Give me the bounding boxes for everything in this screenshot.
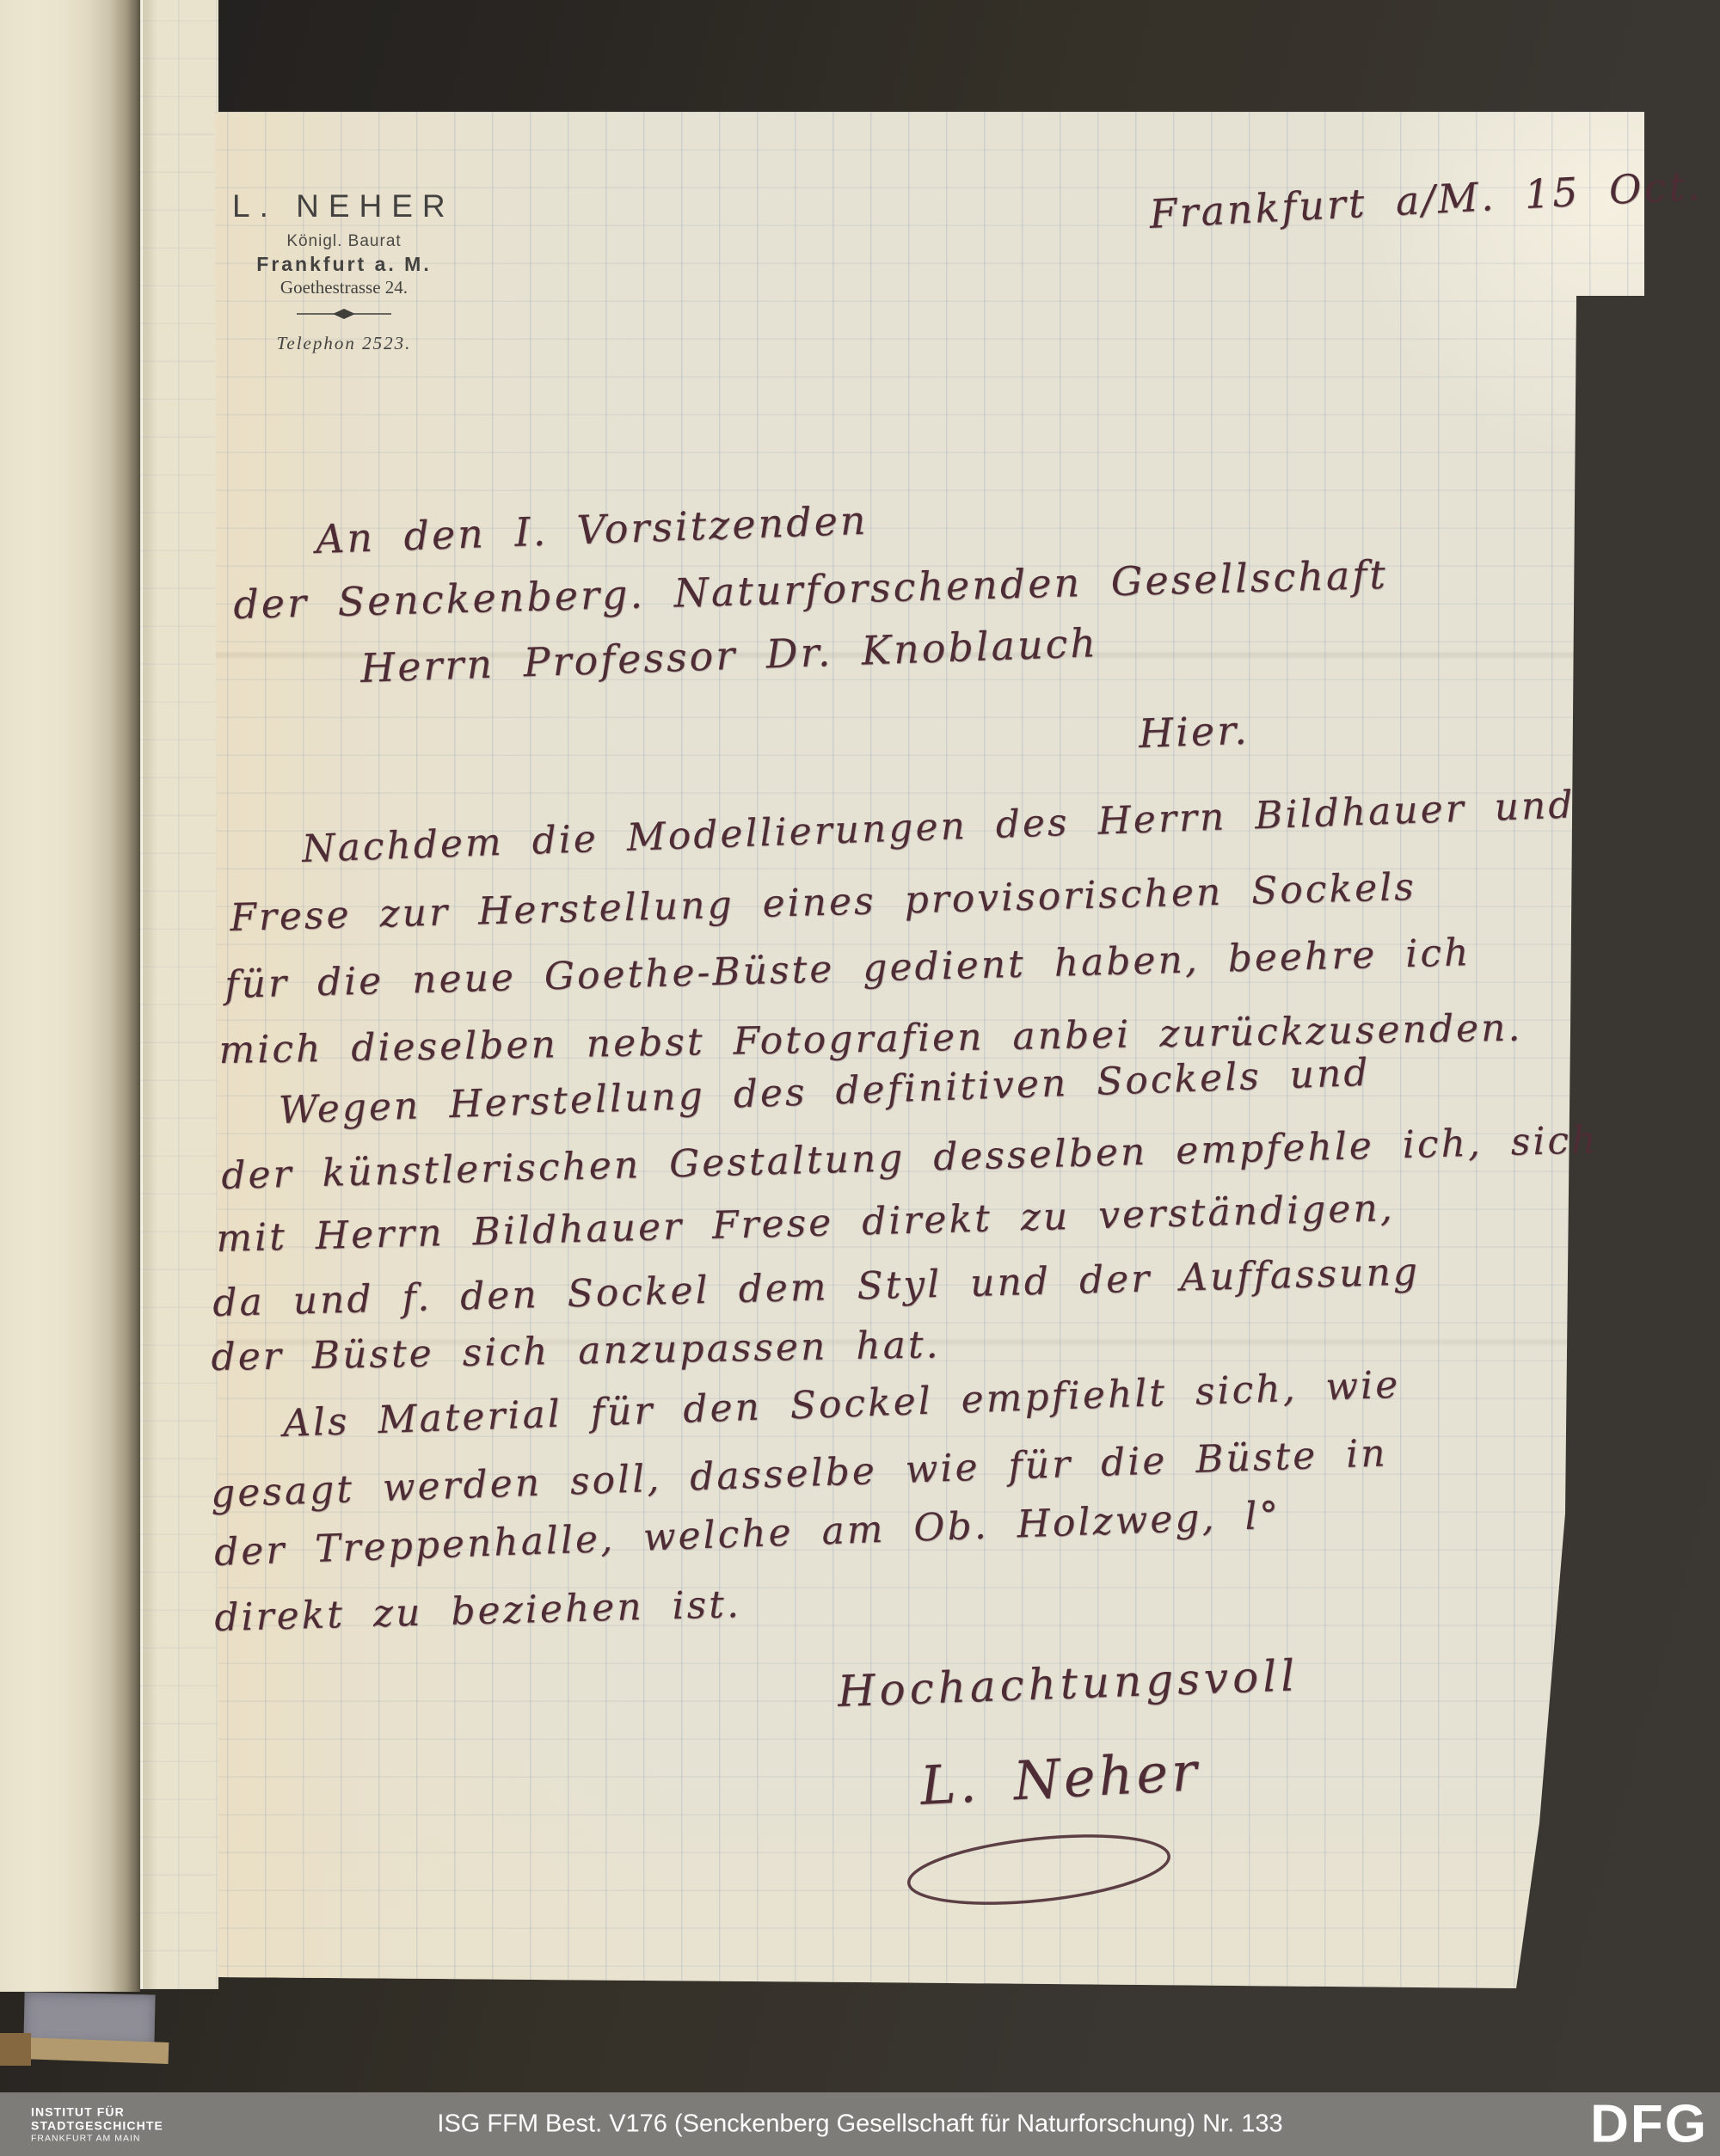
archive-reference: ISG FFM Best. V176 (Senckenberg Gesellsc… <box>437 2110 1282 2139</box>
institute-line: FRANKFURT AM MAIN <box>31 2134 163 2144</box>
institute-line: STADTGESCHICHTE <box>31 2118 163 2132</box>
archive-info-bar: INSTITUT FÜR STADTGESCHICHTE FRANKFURT A… <box>0 2092 1720 2156</box>
letterhead-name: L. NEHER <box>232 189 444 224</box>
book-binding-strip <box>21 2037 169 2064</box>
institute-line: INSTITUT FÜR <box>31 2104 163 2118</box>
diamond-rule-icon <box>244 308 444 318</box>
book-binding-corner <box>0 2033 31 2066</box>
letterhead-city: Frankfurt a. M. <box>244 253 444 275</box>
second-letter-leaf <box>140 0 218 1989</box>
letterhead-street: Goethestrasse 24. <box>244 277 444 298</box>
dfg-logo: DFG <box>1590 2094 1708 2155</box>
letterhead-title: Königl. Baurat <box>244 232 444 251</box>
recipient-line: Hier. <box>1138 707 1250 757</box>
letterhead-telephone: Telephon 2523. <box>244 332 444 354</box>
signature-flourish-icon <box>851 1816 1221 1932</box>
scan-backdrop: L. NEHER Königl. Baurat Frankfurt a. M. … <box>0 0 1720 2156</box>
letterhead: L. NEHER Königl. Baurat Frankfurt a. M. … <box>244 189 444 354</box>
album-page-edge <box>0 0 140 1992</box>
institute-logo: INSTITUT FÜR STADTGESCHICHTE FRANKFURT A… <box>31 2104 163 2143</box>
